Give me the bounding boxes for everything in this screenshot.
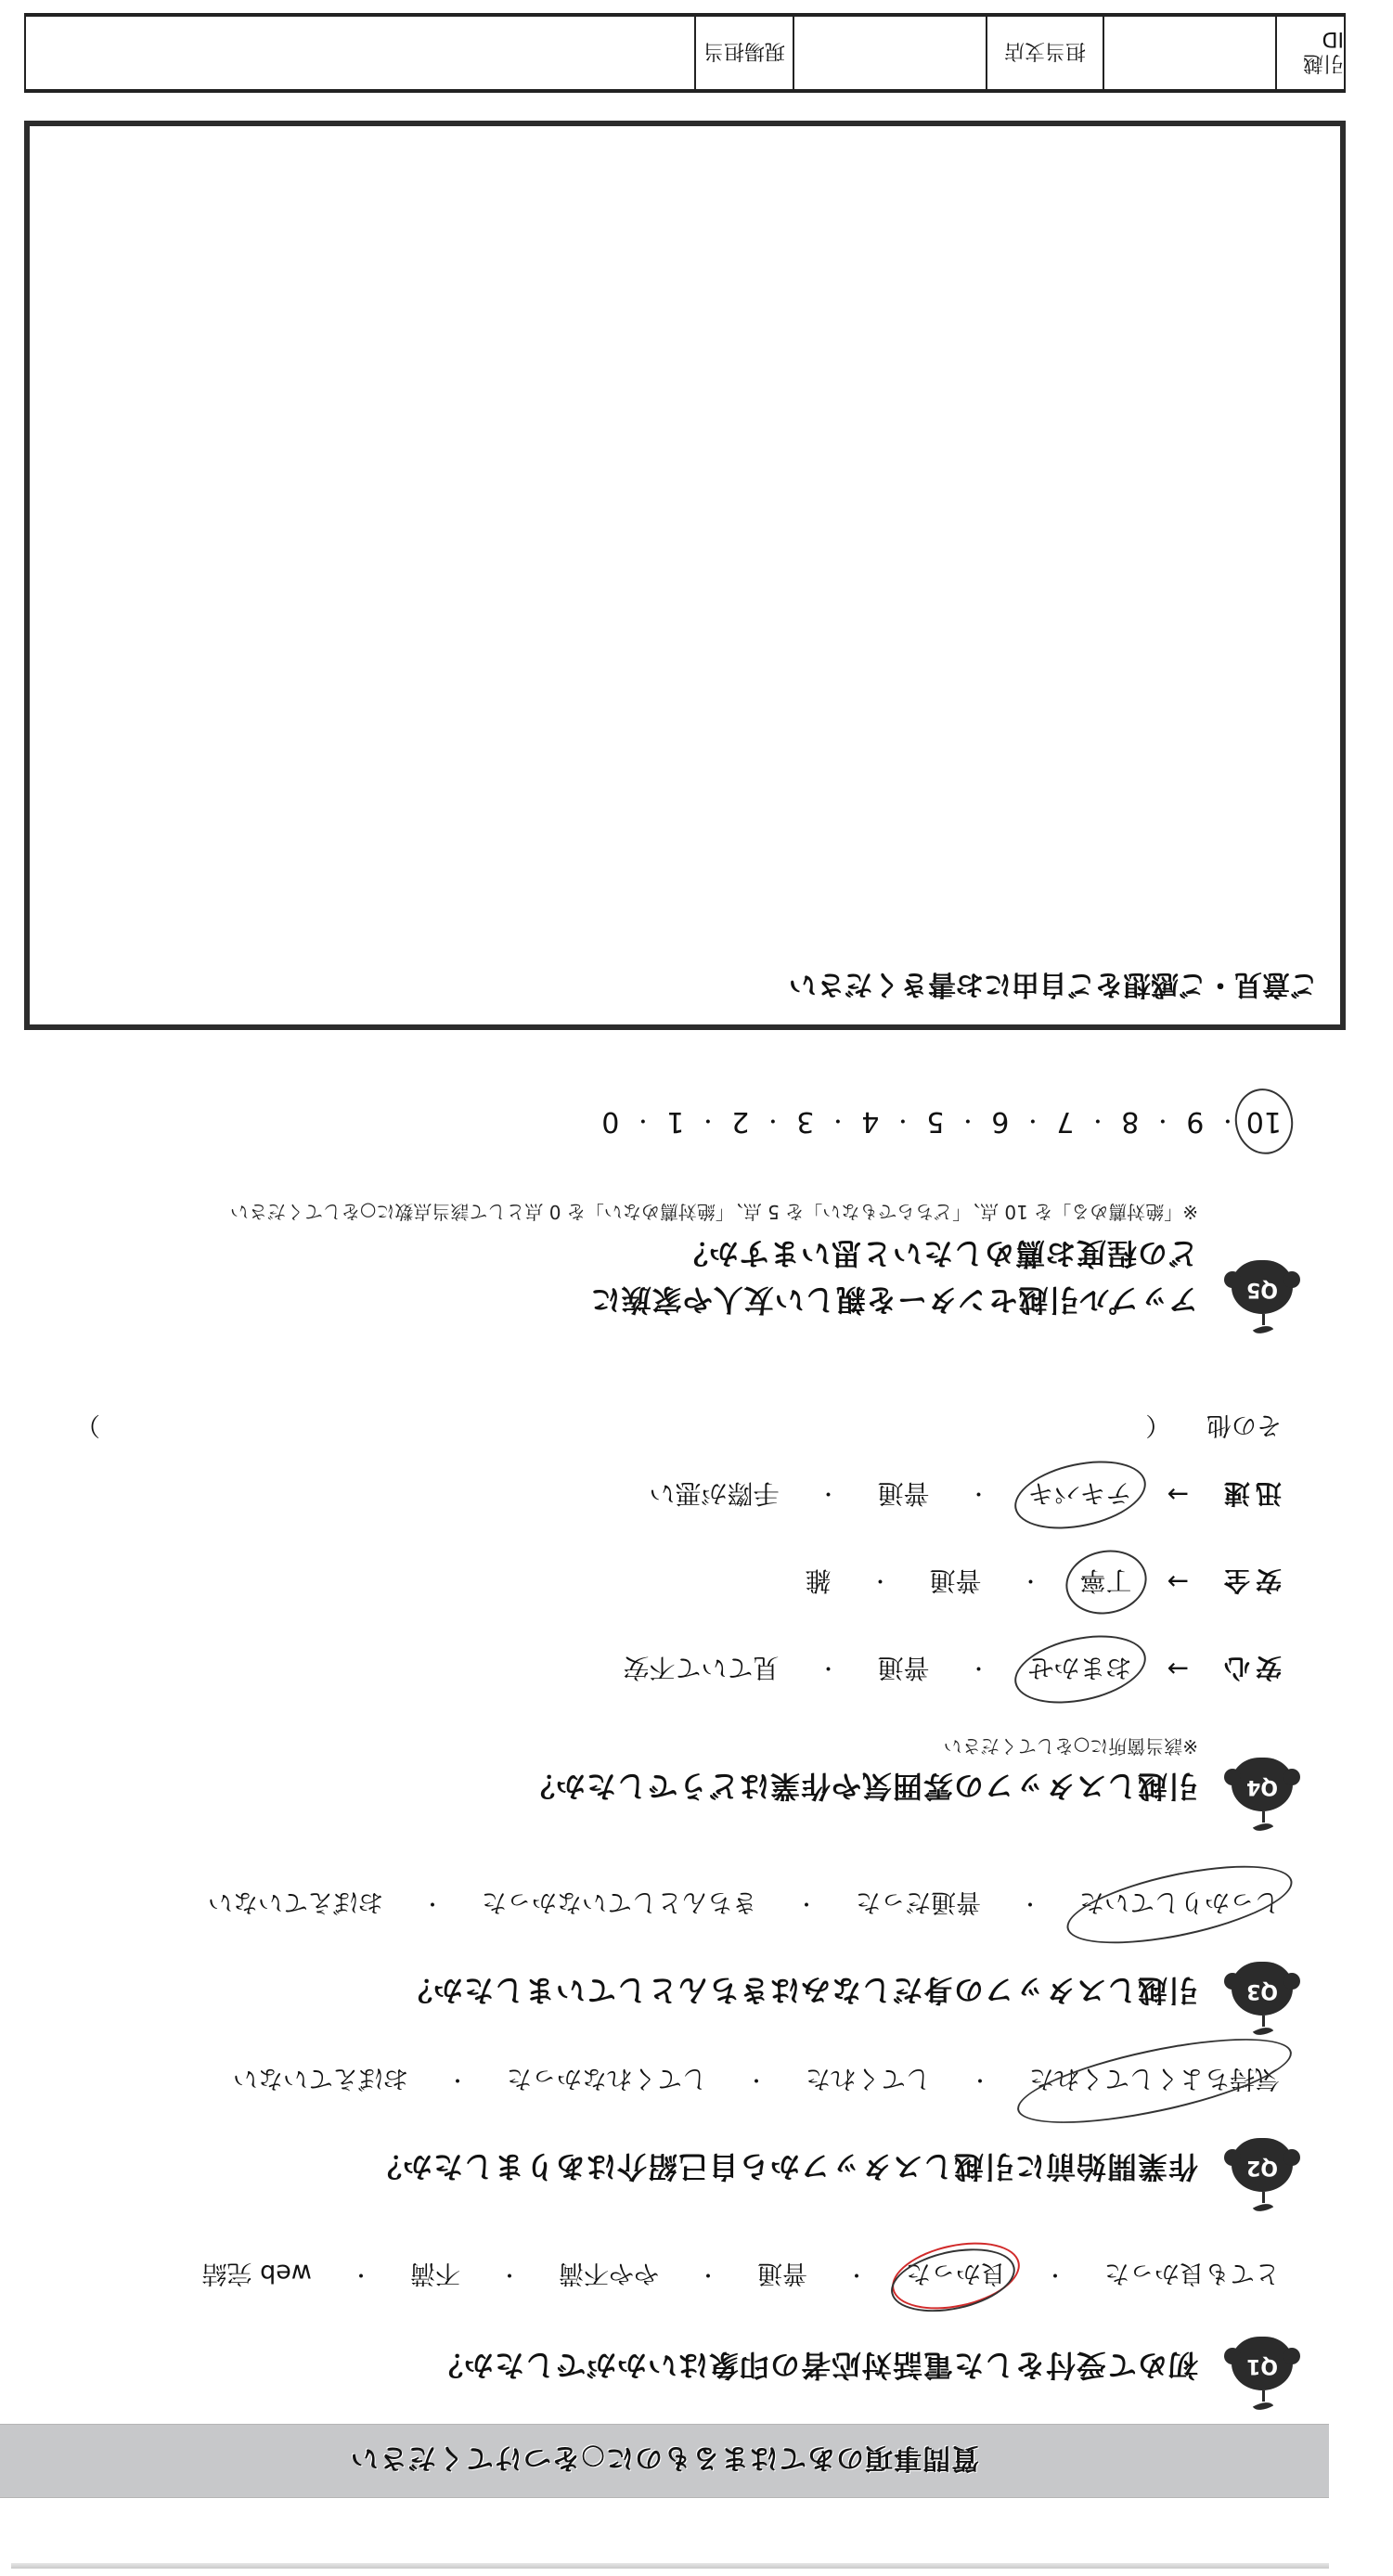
instruction-text: 質問事項のあてはまるものに○をつけてください bbox=[350, 2441, 979, 2481]
branch-field[interactable] bbox=[793, 17, 986, 89]
q3-option-4[interactable]: おぼえていない bbox=[206, 1887, 385, 1923]
q2-option-1-selected[interactable]: 気持ちよくしてくれた bbox=[1027, 2063, 1282, 2099]
move-id-field[interactable] bbox=[1103, 17, 1275, 89]
q1-option-2-selected[interactable]: 良かった bbox=[904, 2258, 1008, 2294]
q4-other-row: その他 （ ） bbox=[75, 1410, 1282, 1446]
q4-other-label: その他 bbox=[1206, 1410, 1282, 1439]
score-3[interactable]: 3 bbox=[792, 1105, 819, 1138]
score-10-selected[interactable]: 10 bbox=[1246, 1105, 1282, 1138]
q4-note: ※該当箇所に○をしてください bbox=[944, 1734, 1198, 1761]
q5-score-scale: 10 ・ 9 ・ 8 ・ 7 ・ 6 ・ 5 ・ 4 ・ 3 ・ 2 ・ 1 ・… bbox=[597, 1105, 1282, 1138]
q1-options: とても良かった ・ 良かった ・ 普通 ・ やや不満 ・ 不満 ・ web 完結 bbox=[200, 2258, 1283, 2294]
instruction-header: 質問事項のあてはまるものに○をつけてください bbox=[0, 2424, 1329, 2498]
survey-page: 質問事項のあてはまるものに○をつけてください Q1 初めて受付をした電話対応者の… bbox=[0, 0, 1393, 2576]
q2-badge-icon: Q2 bbox=[1224, 2132, 1300, 2192]
scan-edge bbox=[11, 2563, 1329, 2569]
q4-badge-icon: Q4 bbox=[1224, 1752, 1300, 1811]
score-4[interactable]: 4 bbox=[857, 1105, 884, 1138]
comments-title: ご意見・ご感想をご自由にお書きください bbox=[789, 967, 1318, 1008]
q2-option-2[interactable]: してくれた bbox=[804, 2063, 933, 2099]
q5-text-line1: アップル引越センターを親しい友人や家族に bbox=[590, 1281, 1198, 1323]
q1-option-5[interactable]: 不満 bbox=[408, 2258, 462, 2294]
q1-option-1[interactable]: とても良かった bbox=[1103, 2258, 1282, 2294]
score-6[interactable]: 6 bbox=[987, 1105, 1014, 1138]
q5-badge-icon: Q5 bbox=[1224, 1255, 1300, 1314]
q3-options: しっかりしていた ・ 普通だった ・ きちんとしていなかった ・ おぼえていない bbox=[206, 1887, 1282, 1923]
q4-jinsoku-option-1-selected[interactable]: テキパキ bbox=[1026, 1476, 1134, 1513]
score-9[interactable]: 9 bbox=[1181, 1105, 1209, 1138]
q4-category: 迅速 bbox=[1207, 1476, 1282, 1513]
q1-option-4[interactable]: やや不満 bbox=[557, 2258, 661, 2294]
selection-circle bbox=[1061, 1850, 1299, 1959]
id-table: 引越 ID 担当支店 現場担当 bbox=[24, 13, 1346, 93]
selection-circle bbox=[1008, 1450, 1152, 1539]
branch-label: 担当支店 bbox=[986, 17, 1103, 89]
q1-option-3[interactable]: 普通 bbox=[755, 2258, 809, 2294]
selection-circle bbox=[1229, 1083, 1299, 1159]
q3-option-2[interactable]: 普通だった bbox=[854, 1887, 983, 1923]
move-id-label: 引越 ID bbox=[1275, 17, 1346, 89]
question-q1: Q1 初めて受付をした電話対応者の印象はいかがでしたか？ とても良かった ・ 良… bbox=[19, 2209, 1300, 2394]
q2-options: 気持ちよくしてくれた ・ してくれた ・ してくれなかった ・ おぼえていない bbox=[231, 2063, 1282, 2099]
site-staff-field[interactable] bbox=[24, 17, 694, 89]
arrow-icon: → bbox=[1167, 1480, 1189, 1511]
q4-row-anshin: 安心 → おまかせ ・ 普通 ・ 見ていて不安 bbox=[621, 1626, 1282, 1713]
q5-text-line2: どの程度お薦めしたいと思いますか？ bbox=[677, 1234, 1198, 1277]
score-0[interactable]: 0 bbox=[597, 1105, 625, 1138]
score-5[interactable]: 5 bbox=[922, 1105, 949, 1138]
question-q3: Q3 引越しスタッフの身だしなみはきちんとしていましたか？ しっかりしていた ・… bbox=[19, 1834, 1300, 2019]
q1-text: 初めて受付をした電話対応者の印象はいかがでしたか？ bbox=[432, 2346, 1198, 2389]
q1-badge-icon: Q1 bbox=[1224, 2331, 1300, 2390]
question-q2: Q2 作業開始前に引越しスタッフから自己紹介はありましたか？ 気持ちよくしてくれ… bbox=[19, 2010, 1300, 2196]
q4-jinsoku-option-3[interactable]: 手際が悪い bbox=[647, 1476, 780, 1513]
q4-category: 安心 bbox=[1207, 1651, 1282, 1688]
q1-option-6[interactable]: web 完結 bbox=[200, 2258, 314, 2294]
q3-text: 引越しスタッフの身だしなみはきちんとしていましたか？ bbox=[402, 1971, 1198, 2014]
question-q4: Q4 引越しスタッフの雰囲気や作業はどうでしたか？ ※該当箇所に○をしてください… bbox=[19, 1425, 1300, 1815]
question-q5: Q5 アップル引越センターを親しい友人や家族に どの程度お薦めしたいと思いますか… bbox=[19, 1156, 1300, 1342]
score-1[interactable]: 1 bbox=[662, 1105, 690, 1138]
score-8[interactable]: 8 bbox=[1116, 1105, 1144, 1138]
q4-jinsoku-option-2[interactable]: 普通 bbox=[875, 1476, 931, 1513]
score-2[interactable]: 2 bbox=[727, 1105, 755, 1138]
arrow-icon: → bbox=[1167, 1655, 1189, 1685]
arrow-icon: → bbox=[1167, 1567, 1189, 1598]
q4-anzen-option-1-selected[interactable]: 丁寧 bbox=[1078, 1564, 1134, 1601]
q4-anshin-option-2[interactable]: 普通 bbox=[875, 1651, 931, 1688]
q4-anshin-option-3[interactable]: 見ていて不安 bbox=[621, 1651, 780, 1688]
selection-circle bbox=[1008, 1625, 1152, 1714]
q4-rows: 安心 → おまかせ ・ 普通 ・ 見ていて不安 安全 → 丁寧 ・ 普通 ・ 雑… bbox=[621, 1451, 1282, 1713]
q4-text: 引越しスタッフの雰囲気や作業はどうでしたか？ bbox=[524, 1767, 1198, 1810]
q2-option-3[interactable]: してくれなかった bbox=[505, 2063, 709, 2099]
selection-circle bbox=[1059, 1543, 1152, 1622]
q3-option-1-selected[interactable]: しっかりしていた bbox=[1077, 1887, 1282, 1923]
comments-input[interactable] bbox=[52, 145, 1318, 960]
q4-anzen-option-2[interactable]: 普通 bbox=[927, 1564, 983, 1601]
q4-row-jinsoku: 迅速 → テキパキ ・ 普通 ・ 手際が悪い bbox=[621, 1451, 1282, 1539]
comments-box[interactable]: ご意見・ご感想をご自由にお書きください bbox=[24, 121, 1346, 1030]
selection-circle bbox=[886, 2232, 1026, 2320]
score-7[interactable]: 7 bbox=[1051, 1105, 1079, 1138]
q2-text: 作業開始前に引越しスタッフから自己紹介はありましたか？ bbox=[371, 2147, 1198, 2190]
q3-badge-icon: Q3 bbox=[1224, 1956, 1300, 2016]
q4-anzen-option-3[interactable]: 雑 bbox=[803, 1564, 832, 1601]
q2-option-4[interactable]: おぼえていない bbox=[231, 2063, 410, 2099]
q4-category: 安全 bbox=[1207, 1564, 1282, 1601]
q4-row-anzen: 安全 → 丁寧 ・ 普通 ・ 雑 bbox=[621, 1539, 1282, 1626]
q4-anshin-option-1-selected[interactable]: おまかせ bbox=[1026, 1651, 1134, 1688]
q3-option-3[interactable]: きちんとしていなかった bbox=[480, 1887, 759, 1923]
q5-note: ※「絶対薦める」を 10 点、「どちらでもない」を 5 点、「絶対薦めない」を … bbox=[230, 1200, 1198, 1227]
site-staff-label: 現場担当 bbox=[694, 17, 793, 89]
selection-circle bbox=[1011, 2021, 1297, 2140]
